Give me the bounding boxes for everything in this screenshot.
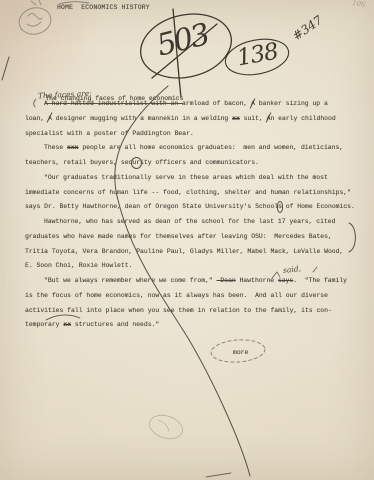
typed-line: "But we always remember where we come fr… bbox=[25, 276, 374, 291]
bottom-dash bbox=[206, 473, 231, 477]
typed-line: immediate concerns of human life -- food… bbox=[25, 188, 374, 203]
typed-line: Hawthorne, who has served as dean of the… bbox=[25, 217, 374, 232]
typed-line: loan, A designer mugging with a mannekin… bbox=[25, 114, 374, 129]
handwritten-hash-number: #347 bbox=[291, 14, 325, 43]
typed-line: E. Soon Choi, Roxie Howlett. bbox=[25, 261, 374, 276]
corner-stamp-scribble bbox=[16, 0, 53, 37]
typed-line: Tritia Toyota, Vera Brandon, Pauline Pau… bbox=[25, 247, 374, 262]
handwritten-138: 138 bbox=[235, 41, 279, 71]
handwritten-corner-number: 106 bbox=[352, 0, 366, 9]
handwritten-503: 503 bbox=[154, 20, 211, 62]
typed-line: A hard-hatted industrialist with an arml… bbox=[25, 99, 374, 114]
typed-line: is the focus of home economics, now as i… bbox=[25, 291, 374, 306]
typed-line: activities fall into place when you see … bbox=[25, 306, 374, 321]
typed-line: graduates who have made names for themse… bbox=[25, 232, 374, 247]
page-header: HOME ECONOMICS HISTORY bbox=[57, 3, 150, 12]
typed-line: These xxx people are all home economics … bbox=[25, 143, 374, 158]
typed-line: says Dr. Betty Hawthorne, dean of Oregon… bbox=[25, 202, 374, 217]
typed-line: teachers, retail buyers, security office… bbox=[25, 158, 374, 173]
typed-line: temporary xx structures and needs." bbox=[25, 320, 374, 335]
more-marker: more bbox=[233, 348, 248, 357]
bottom-faint-scribble bbox=[146, 411, 185, 442]
margin-slash bbox=[2, 57, 9, 80]
handwritten-said: said, bbox=[283, 265, 302, 274]
typed-line: specialist with a poster of Paddington B… bbox=[25, 129, 374, 144]
typed-lines: A hard-hatted industrialist with an arml… bbox=[25, 99, 374, 335]
manuscript-page: HOME ECONOMICS HISTORY The changing face… bbox=[0, 0, 374, 480]
typed-line: "Our graduates traditionally serve in th… bbox=[25, 173, 374, 188]
